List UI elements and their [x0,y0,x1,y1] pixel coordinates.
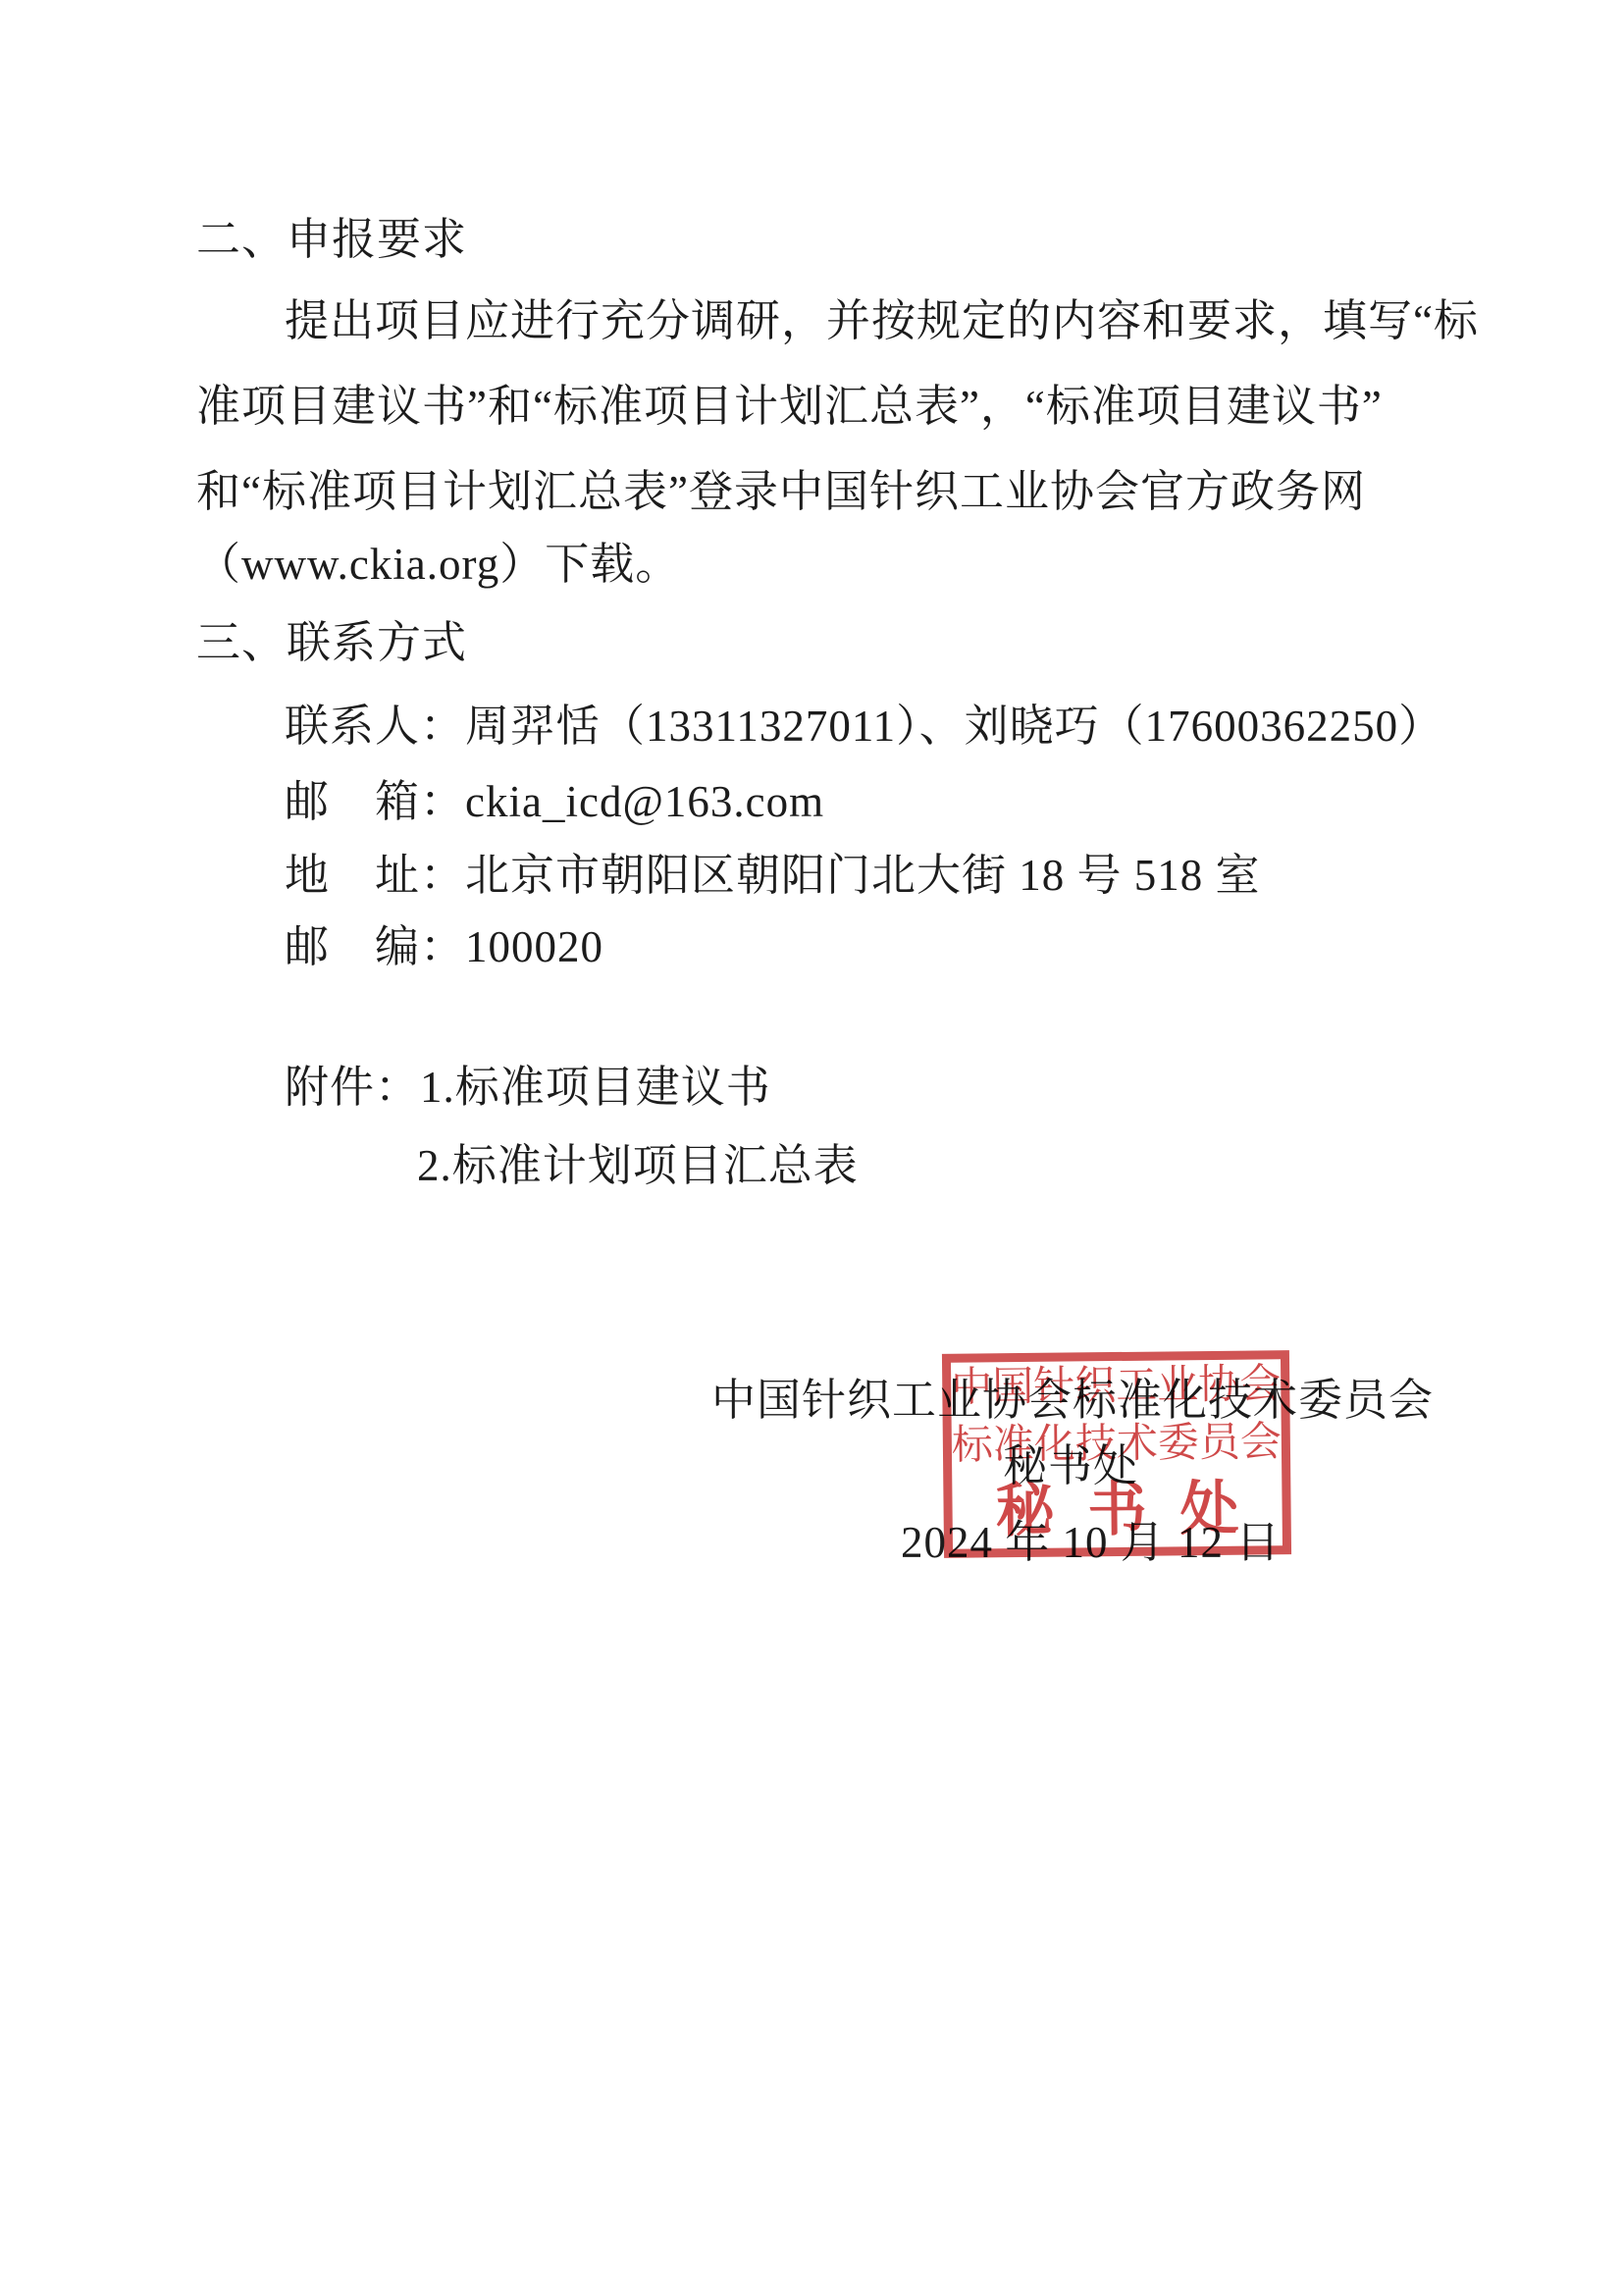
attachment-item-1: 1.标准项目建议书 [420,1063,771,1112]
section2-paragraph-line-2: 准项目建议书”和“标准项目计划汇总表”，“标准项目建议书” [196,385,1383,429]
contact-address-label: 地 址： [285,851,465,900]
contact-email-label: 邮 箱： [285,777,465,826]
contact-postcode-line: 邮 编：100020 [285,925,603,969]
contact-address-value: 北京市朝阳区朝阳门北大街 18 号 518 室 [465,851,1261,900]
contact-person-label: 联系人： [285,702,465,751]
stamp-text-line2: 标准化技术委员会 [952,1422,1282,1467]
contact-address-line: 地 址：北京市朝阳区朝阳门北大街 18 号 518 室 [285,854,1261,898]
contact-postcode-label: 邮 编： [285,922,465,971]
section2-paragraph-line-4: （www.ckia.org）下载。 [196,543,680,587]
section2-paragraph-line-3: 和“标准项目计划汇总表”登录中国针织工业协会官方政务网 [196,470,1366,514]
document-page: 二、申报要求 提出项目应进行充分调研，并按规定的内容和要求，填写“标 准项目建议… [0,0,1623,2296]
attachment-item-2: 2.标准计划项目汇总表 [417,1144,859,1188]
contact-email-line: 邮 箱：ckia_icd@163.com [285,780,824,824]
stamp-text-line3: 秘书处 [995,1479,1273,1540]
contact-person-line: 联系人：周羿恬（13311327011）、刘晓巧（17600362250） [285,704,1443,749]
attachments-line-1: 附件：1.标准项目建议书 [285,1066,771,1110]
official-stamp: 中国针织工业协会 标准化技术委员会 秘书处 [942,1350,1291,1558]
contact-person-value: 周羿恬（13311327011）、刘晓巧（17600362250） [465,702,1443,751]
section2-heading: 二、申报要求 [196,218,467,262]
section3-heading: 三、联系方式 [196,621,467,665]
attachments-label: 附件： [285,1063,420,1112]
contact-email-value: ckia_icd@163.com [465,777,824,826]
contact-postcode-value: 100020 [465,922,603,971]
section2-paragraph-line-1: 提出项目应进行充分调研，并按规定的内容和要求，填写“标 [285,299,1479,343]
stamp-text-line1: 中国针织工业协会 [951,1364,1281,1409]
